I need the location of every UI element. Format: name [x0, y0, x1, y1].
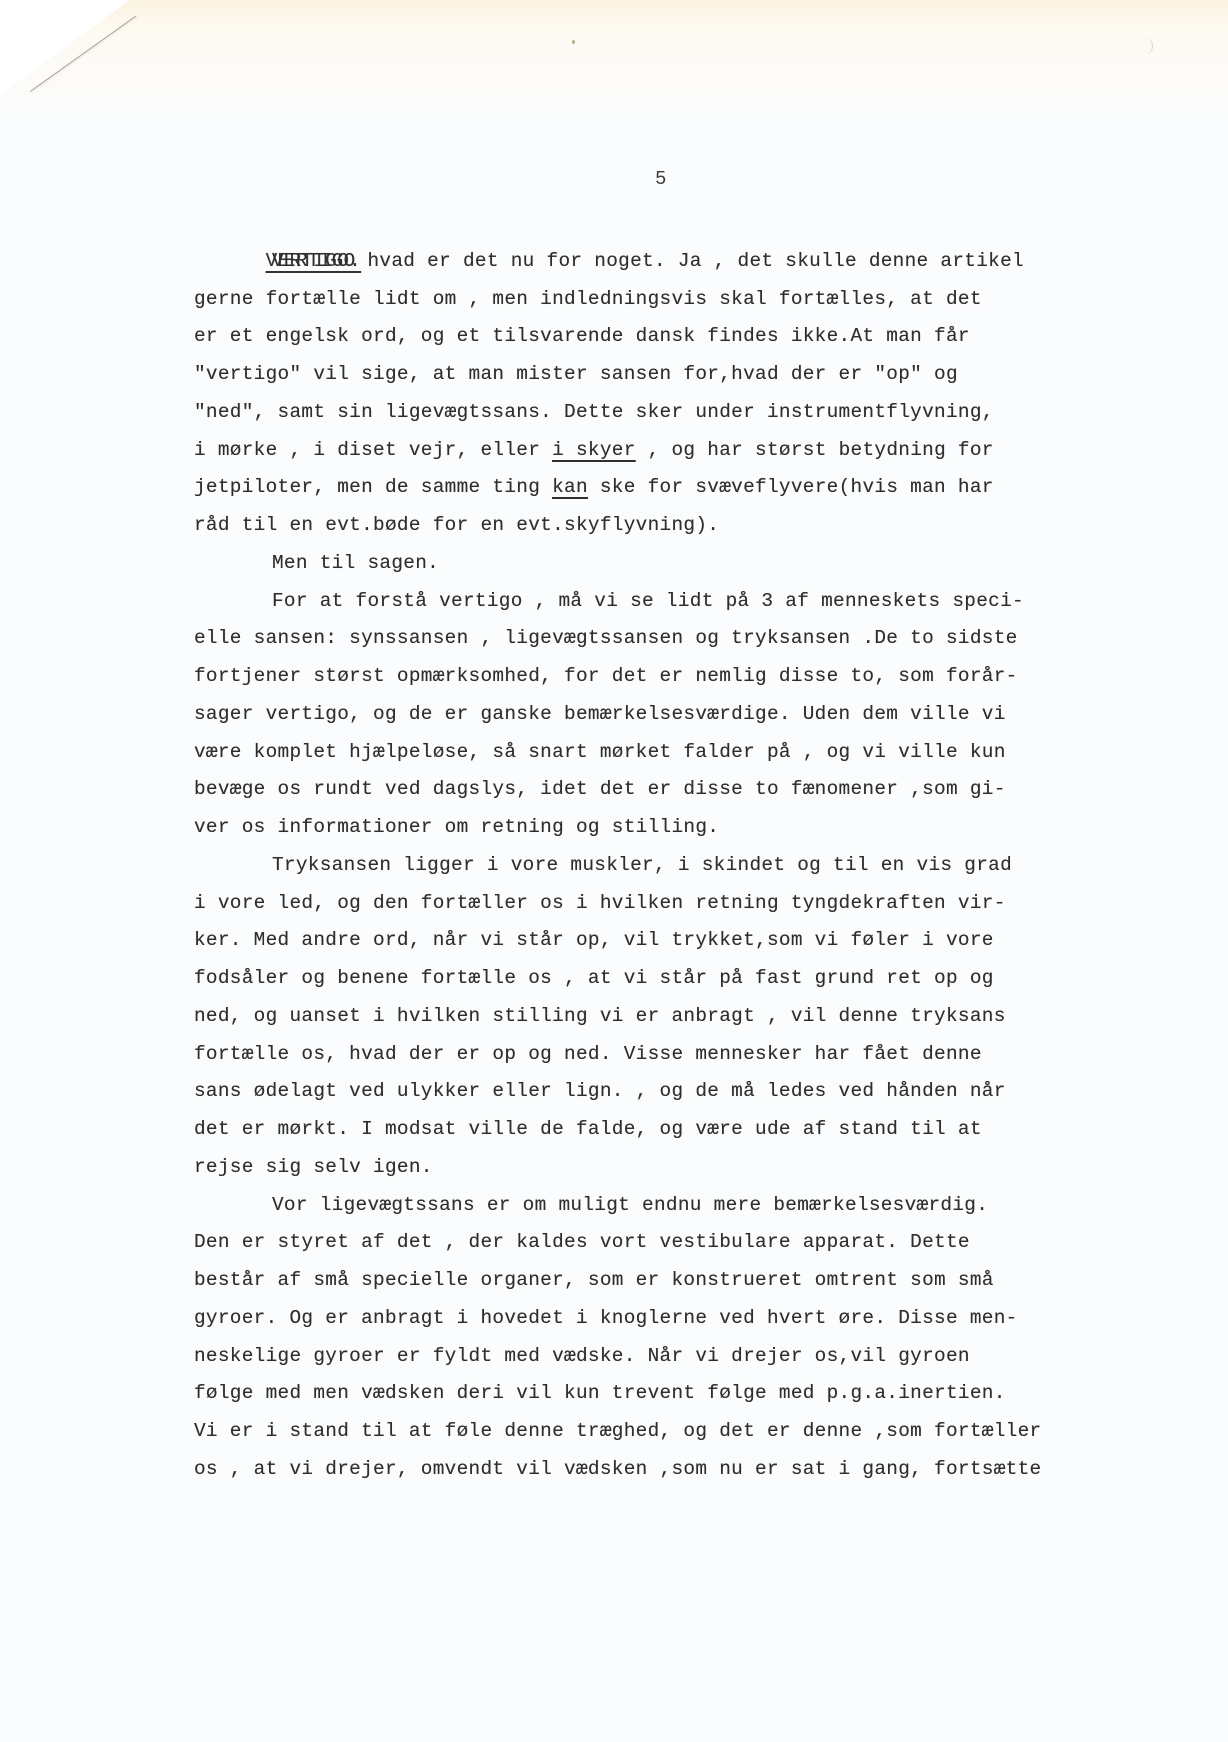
text-segment: Vor ligevægtssans er om muligt endnu mer…	[272, 1194, 988, 1216]
text-line: består af små specielle organer, som er …	[194, 1262, 1114, 1300]
text-segment: os , at vi drejer, omvendt vil vædsken ,…	[194, 1458, 1041, 1480]
text-segment: ned, og uanset i hvilken stilling vi er …	[194, 1005, 1006, 1027]
text-line: Tryksansen ligger i vore muskler, i skin…	[194, 847, 1114, 885]
document-page: 5 VERTIGO. VERTIGO hvad er det nu for no…	[0, 0, 1228, 1742]
underlined-text: i skyer	[552, 439, 636, 461]
text-segment: Tryksansen ligger i vore muskler, i skin…	[272, 854, 1012, 876]
text-segment: fodsåler og benene fortælle os , at vi s…	[194, 967, 994, 989]
text-line: sans ødelagt ved ulykker eller lign. , o…	[194, 1073, 1114, 1111]
text-segment: rejse sig selv igen.	[194, 1156, 433, 1178]
text-segment: er et engelsk ord, og et tilsvarende dan…	[194, 325, 970, 347]
text-line: rejse sig selv igen.	[194, 1149, 1114, 1187]
text-segment: Den er styret af det , der kaldes vort v…	[194, 1231, 970, 1253]
text-line: er et engelsk ord, og et tilsvarende dan…	[194, 318, 1114, 356]
underlined-text: kan	[552, 476, 588, 498]
text-segment: består af små specielle organer, som er …	[194, 1269, 994, 1291]
folded-corner	[0, 0, 130, 95]
text-line: Vor ligevægtssans er om muligt endnu mer…	[194, 1187, 1114, 1225]
text-line: Den er styret af det , der kaldes vort v…	[194, 1224, 1114, 1262]
text-segment: Vi er i stand til at føle denne træghed,…	[194, 1420, 1041, 1442]
text-segment: "vertigo" vil sige, at man mister sansen…	[194, 363, 958, 385]
text-segment: sager vertigo, og de er ganske bemærkels…	[194, 703, 1006, 725]
text-line: sager vertigo, og de er ganske bemærkels…	[194, 696, 1114, 734]
text-line: ver os informationer om retning og still…	[194, 809, 1114, 847]
text-line: fortjener størst opmærksomhed, for det e…	[194, 658, 1114, 696]
text-line: Vi er i stand til at føle denne træghed,…	[194, 1413, 1114, 1451]
text-segment: elle sansen: synssansen , ligevægtssanse…	[194, 627, 1018, 649]
text-segment: fortjener størst opmærksomhed, for det e…	[194, 665, 1018, 687]
text-segment: , og har størst betydning for	[636, 439, 994, 461]
text-line: gyroer. Og er anbragt i hovedet i knogle…	[194, 1300, 1114, 1338]
text-line: ker. Med andre ord, når vi står op, vil …	[194, 922, 1114, 960]
text-segment: jetpiloter, men de samme ting	[194, 476, 552, 498]
text-line: "ned", samt sin ligevægtssans. Dette ske…	[194, 394, 1114, 432]
page-number: 5	[655, 168, 666, 190]
text-line: fodsåler og benene fortælle os , at vi s…	[194, 960, 1114, 998]
text-segment: "ned", samt sin ligevægtssans. Dette ske…	[194, 401, 994, 423]
article-body: VERTIGO. VERTIGO hvad er det nu for noge…	[194, 205, 1114, 1489]
text-segment: det er mørkt. I modsat ville de falde, o…	[194, 1118, 982, 1140]
paper-smudge	[1138, 38, 1153, 54]
text-line: fortælle os, hvad der er op og ned. Viss…	[194, 1036, 1114, 1074]
text-line: VERTIGO hvad er det nu for noget. Ja , d…	[194, 243, 1114, 281]
text-segment: gyroer. Og er anbragt i hovedet i knogle…	[194, 1307, 1018, 1329]
text-line: det er mørkt. I modsat ville de falde, o…	[194, 1111, 1114, 1149]
text-line: være komplet hjælpeløse, så snart mørket…	[194, 734, 1114, 772]
text-segment: følge med men vædsken deri vil kun treve…	[194, 1382, 1006, 1404]
text-segment: være komplet hjælpeløse, så snart mørket…	[194, 741, 1006, 763]
text-segment: neskelige gyroer er fyldt med vædske. Nå…	[194, 1345, 970, 1367]
article-lines: VERTIGO hvad er det nu for noget. Ja , d…	[194, 243, 1114, 1489]
text-line: i mørke , i diset vejr, eller i skyer , …	[194, 432, 1114, 470]
text-line: i vore led, og den fortæller os i hvilke…	[194, 885, 1114, 923]
text-segment: i vore led, og den fortæller os i hvilke…	[194, 892, 1006, 914]
text-segment: råd til en evt.bøde for en evt.skyflyvni…	[194, 514, 719, 536]
paper-speck	[572, 40, 575, 44]
text-line: gerne fortælle lidt om , men indlednings…	[194, 281, 1114, 319]
text-segment: ver os informationer om retning og still…	[194, 816, 719, 838]
text-segment: sans ødelagt ved ulykker eller lign. , o…	[194, 1080, 1006, 1102]
text-line: "vertigo" vil sige, at man mister sansen…	[194, 356, 1114, 394]
text-line: Men til sagen.	[194, 545, 1114, 583]
text-line: os , at vi drejer, omvendt vil vædsken ,…	[194, 1451, 1114, 1489]
text-segment: For at forstå vertigo , må vi se lidt på…	[272, 590, 1024, 612]
text-segment: i mørke , i diset vejr, eller	[194, 439, 552, 461]
text-segment: ker. Med andre ord, når vi står op, vil …	[194, 929, 994, 951]
text-segment: ske for svæveflyvere(hvis man har	[588, 476, 994, 498]
heading-line: VERTIGO.	[194, 205, 1114, 243]
text-line: ned, og uanset i hvilken stilling vi er …	[194, 998, 1114, 1036]
text-segment: fortælle os, hvad der er op og ned. Viss…	[194, 1043, 982, 1065]
text-line: neskelige gyroer er fyldt med vædske. Nå…	[194, 1338, 1114, 1376]
text-segment: Men til sagen.	[272, 552, 439, 574]
text-segment: bevæge os rundt ved dagslys, idet det er…	[194, 778, 1006, 800]
text-segment: VERTIGO hvad er det nu for noget. Ja , d…	[272, 250, 1024, 272]
text-line: For at forstå vertigo , må vi se lidt på…	[194, 583, 1114, 621]
text-line: bevæge os rundt ved dagslys, idet det er…	[194, 771, 1114, 809]
text-line: følge med men vædsken deri vil kun treve…	[194, 1375, 1114, 1413]
text-segment: gerne fortælle lidt om , men indlednings…	[194, 288, 982, 310]
text-line: elle sansen: synssansen , ligevægtssanse…	[194, 620, 1114, 658]
text-line: jetpiloter, men de samme ting kan ske fo…	[194, 469, 1114, 507]
text-line: råd til en evt.bøde for en evt.skyflyvni…	[194, 507, 1114, 545]
